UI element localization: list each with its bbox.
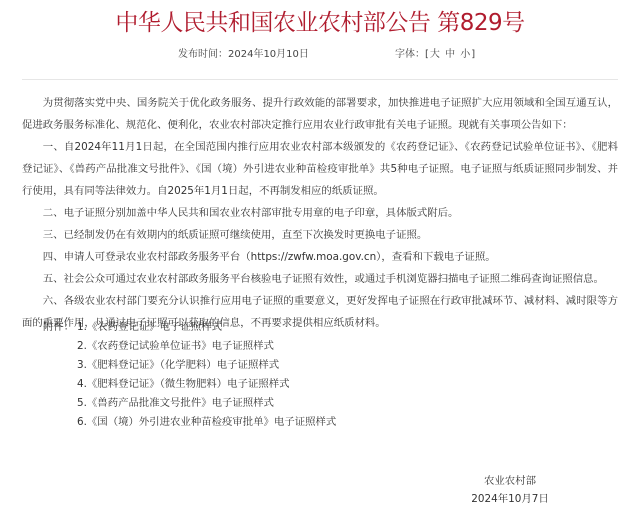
attachment-link-2[interactable]: 2.《农药登记试验单位证书》电子证照样式	[77, 337, 274, 356]
attachment-row: 附件： 1.《农药登记证》电子证照样式	[0, 318, 400, 337]
bracket-open: [	[425, 49, 429, 60]
intro-paragraph: 为贯彻落实党中央、国务院关于优化政务服务、提升行政效能的部署要求，加快推进电子证…	[22, 92, 618, 136]
bracket-close: ]	[471, 49, 475, 60]
attachment-row: 6.《国（境）外引进农业种苗检疫审批单》电子证照样式	[0, 413, 400, 432]
attachment-row: 5.《兽药产品批准文号批件》电子证照样式	[0, 394, 400, 413]
signature-organization: 农业农村部	[455, 472, 565, 487]
publish-date: 2024年10月10日	[228, 49, 309, 60]
font-size-label: 字体：	[395, 49, 425, 60]
item-5-paragraph: 五、社会公众可通过农业农村部政务服务平台核验电子证照有效性，或通过手机浏览器扫描…	[22, 268, 618, 290]
item-2-paragraph: 二、电子证照分别加盖中华人民共和国农业农村部审批专用章的电子印章，具体版式附后。	[22, 202, 618, 224]
attachment-link-6[interactable]: 6.《国（境）外引进农业种苗检疫审批单》电子证照样式	[77, 413, 336, 432]
publish-info: 发布时间：2024年10月10日	[178, 48, 309, 62]
attachment-row: 2.《农药登记试验单位证书》电子证照样式	[0, 337, 400, 356]
font-size-medium-button[interactable]: 中	[445, 49, 455, 60]
item-4-paragraph: 四、申请人可登录农业农村部政务服务平台（https://zwfw.moa.gov…	[22, 246, 618, 268]
attachment-link-5[interactable]: 5.《兽药产品批准文号批件》电子证照样式	[77, 394, 274, 413]
font-size-switcher: 字体：[大 中 小]	[395, 48, 475, 62]
attachment-row: 4.《肥料登记证》（微生物肥料）电子证照样式	[0, 375, 400, 394]
attachments-list: 附件： 1.《农药登记证》电子证照样式 2.《农药登记试验单位证书》电子证照样式…	[0, 318, 400, 432]
signature-date: 2024年10月7日	[455, 490, 565, 505]
item-3-paragraph: 三、已经制发仍在有效期内的纸质证照可继续使用，直至下次换发时更换电子证照。	[22, 224, 618, 246]
attachment-link-1[interactable]: 1.《农药登记证》电子证照样式	[77, 318, 222, 337]
item-1-paragraph: 一、自2024年11月1日起，在全国范围内推行应用农业农村部本级颁发的《农药登记…	[22, 136, 618, 202]
header-divider	[22, 79, 618, 80]
publish-label: 发布时间：	[178, 49, 228, 60]
announcement-body: 为贯彻落实党中央、国务院关于优化政务服务、提升行政效能的部署要求，加快推进电子证…	[22, 92, 618, 334]
attachments-label: 附件：	[43, 318, 74, 337]
attachment-link-4[interactable]: 4.《肥料登记证》（微生物肥料）电子证照样式	[77, 375, 290, 394]
attachment-row: 3.《肥料登记证》（化学肥料）电子证照样式	[0, 356, 400, 375]
font-size-large-button[interactable]: 大	[430, 49, 440, 60]
attachment-link-3[interactable]: 3.《肥料登记证》（化学肥料）电子证照样式	[77, 356, 279, 375]
page-title: 中华人民共和国农业农村部公告 第829号	[0, 8, 640, 38]
font-size-small-button[interactable]: 小	[460, 49, 470, 60]
